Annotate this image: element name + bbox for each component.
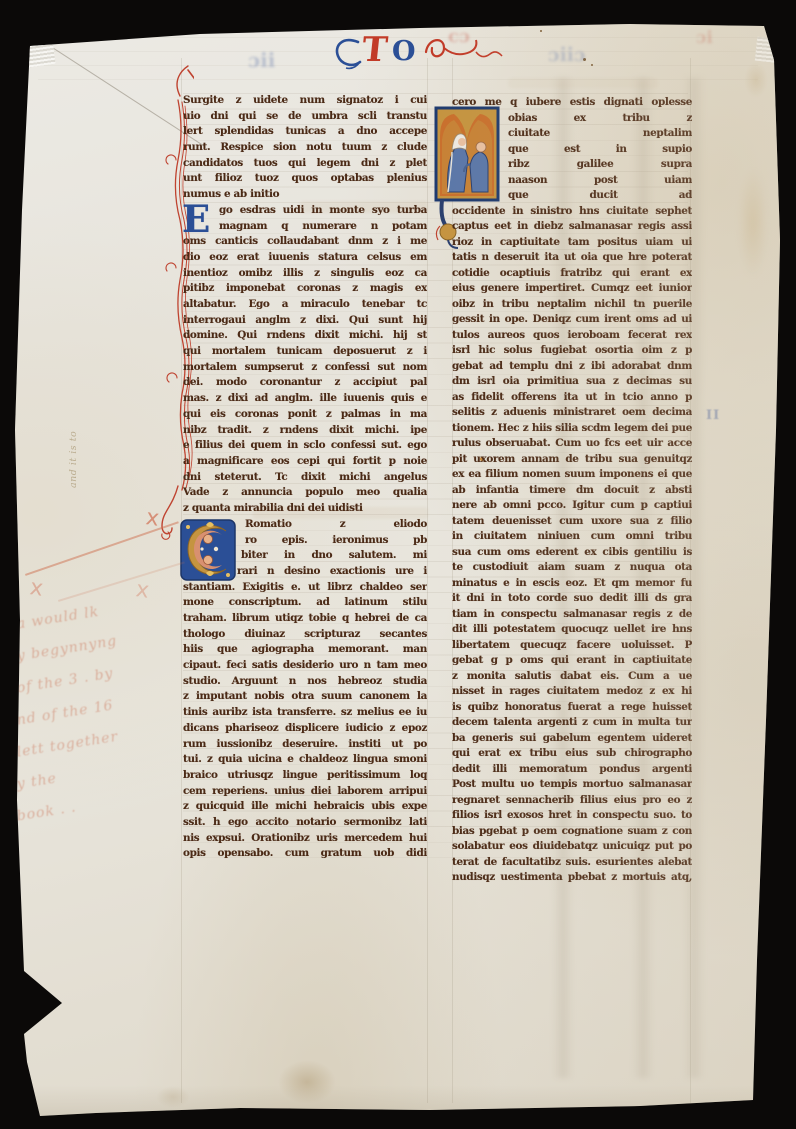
text-line: tinis auribz ista transferre. sz melius … <box>183 705 427 721</box>
text-line: dio eoz erat iuuenis statura celsus em <box>183 250 427 266</box>
text-line: interrogaui anglm z dixi. Qui sunt hij <box>183 313 427 329</box>
text-line: rulus obseruabat. Cum uo fcs eet uir acc… <box>452 436 692 452</box>
column-right-beside-initial: obias ex tribu zciuitate neptalimque est… <box>508 111 692 204</box>
text-line: solabatur eos diuidebatqz unicuiqz put p… <box>452 839 692 855</box>
text-line: nisset in rages ciuitatem medoz z ex hi <box>452 684 692 700</box>
text-line: regnaret sennacherib filius eius pro eo … <box>452 793 692 809</box>
text-line: gessit in ope. Deniqz cum irent oms ad u… <box>452 312 692 328</box>
offset-ghost-letters: cɔ <box>448 26 470 47</box>
text-line: gebat g p oms qui erant in captiuitate <box>452 653 692 669</box>
text-line: rioz in captiuitate tam positus uiam ui <box>452 235 692 251</box>
text-line: obias ex tribu z <box>508 111 692 127</box>
text-line: tiam in conspectu salmanasar regis z de <box>452 607 692 623</box>
text-line: que est in supio <box>508 142 692 158</box>
text-line: z monita salutis dabat eis. Cum a ue <box>452 669 692 685</box>
vertical-rule <box>427 58 428 1103</box>
vertical-marginal-note: and it is to <box>68 431 79 488</box>
text-line: rum iussionibz deseruire. institi ut po <box>183 737 427 753</box>
text-line: nibz tradit. z rndens dixit michi. ipe <box>183 423 427 439</box>
text-line: go esdras uidi in monte syo turba <box>183 203 427 219</box>
text-line: in ciuitatem niniuen cum omni tribu <box>452 529 692 545</box>
text-line: dei. modo coronantur z accipiut pal <box>183 375 427 391</box>
text-line: studio. Arguunt n nos hebreoz studia <box>183 674 427 690</box>
tape-mend <box>20 38 55 68</box>
text-line: nere ab omni pcco. Igitur cum p captiui <box>452 498 692 514</box>
text-line: ribz galilee supra <box>508 157 692 173</box>
text-line: libertatem quecuqz facere uoluisset. P <box>452 638 692 654</box>
text-line: dit illi potestatem quocuqz uellet ire h… <box>452 622 692 638</box>
text-line: braico utriusqz lingue peritissimum loq <box>183 768 427 784</box>
text-line: biter in dno salutem. mi <box>183 548 427 564</box>
text-line: magnam q numerare n potam <box>183 219 427 235</box>
text-line: uio dni qui se de umbra scli transtu <box>183 109 427 125</box>
text-line: ab infantia timere dm docuit z absti <box>452 483 692 499</box>
text-line: tionem. Hec z hiis silia scdm legem dei … <box>452 421 692 437</box>
running-title-letter-T: T <box>360 30 390 70</box>
vellum-leaf: T O ɔii cɔ ɔiiɔ ɔi <box>8 18 784 1118</box>
text-line: as fidelit offerens ita ut in tcio anno … <box>452 390 692 406</box>
text-line: mortalem sumpserut z confessi sut nom <box>183 360 427 376</box>
chapter-numeral-show-through: II <box>706 408 720 423</box>
text-line: traham. librum utiqz tobie q hebrei de c… <box>183 611 427 627</box>
text-line: qui eis coronas ponit z palmas in ma <box>183 407 427 423</box>
text-line: qui mortalem tunicam deposuerut z i <box>183 344 427 360</box>
text-line: mone conscriptum. ad latinum stilu <box>183 595 427 611</box>
text-line: a magnificare eos cepi qui fortit p noie <box>183 454 427 470</box>
offset-ghost-letters: ɔi <box>696 28 713 48</box>
photograph-of-manuscript-leaf: T O ɔii cɔ ɔiiɔ ɔi <box>0 0 796 1129</box>
text-line: decem talenta argenti z cum in multa tur <box>452 715 692 731</box>
text-line: cotidie ocaptiuis fratribz qui erant ex <box>452 266 692 282</box>
text-line: Surgite z uidete num signatoz i cui <box>183 93 427 109</box>
offset-ghost-letters: ɔiiɔ <box>548 44 586 66</box>
column-right-tobit-chapter1: occidente in sinistro hns ciuitate sephe… <box>452 204 692 886</box>
text-line: eius genere impertiret. Cumqz eet iunior <box>452 281 692 297</box>
text-line: mas. z dixi ad anglm. ille iuuenis quis … <box>183 391 427 407</box>
text-line: sua cum oms ederent ex cibis gentiliu is <box>452 545 692 561</box>
text-line: minatus e in escis eoz. Et qm memor fu <box>452 576 692 592</box>
text-line: nis expsui. Orationibz uris mercedem hui <box>183 831 427 847</box>
column-left-ego-esdras: go esdras uidi in monte syo turbamagnam … <box>183 203 427 517</box>
text-line: te custodiuit aiam suam z nuqua ota <box>452 560 692 576</box>
text-line: oms canticis collaudabant dnm z i me <box>183 234 427 250</box>
show-through-text <box>508 78 658 88</box>
text-line: bias pgebat p oem cognatione suam z con <box>452 824 692 840</box>
text-line: z imputant nobis otra suum canonem la <box>183 689 427 705</box>
text-line: z quicquid ille michi hebraicis ubis exp… <box>183 799 427 815</box>
text-line: altabatur. Ego a miraculo tenebar tc <box>183 297 427 313</box>
text-line: runt. Respice sion notu tuum z clude <box>183 140 427 156</box>
text-line: numus e ab initio <box>183 187 427 203</box>
text-line: e filius dei quem in sclo confessi sut. … <box>183 438 427 454</box>
text-line: pitibz imponebat coronas z magis ex <box>183 281 427 297</box>
ink-speck <box>591 64 593 66</box>
tape-mend <box>755 37 783 64</box>
text-line: it dni in toto corde suo dedit illi ds g… <box>452 591 692 607</box>
text-line: tatem deuenisset cum uxore sua z filio <box>452 514 692 530</box>
column-left-end-of-esdras: Surgite z uidete num signatoz i cuiuio d… <box>183 93 427 203</box>
text-line: Post multu uo tempis mortuo salmanasar r… <box>452 777 692 793</box>
text-line: selitis z aduenis ministraret oem decima <box>452 405 692 421</box>
text-line: tatis n deseruit ita ut oia que hre pote… <box>452 250 692 266</box>
text-line: candidatos tuos qui legem dni z plet <box>183 156 427 172</box>
text-line: hiis que agiographa memorant. man <box>183 642 427 658</box>
text-line: is quibz honoratus fuerat a rege huisset <box>452 700 692 716</box>
red-chalk-stroke <box>25 521 179 575</box>
text-line: thologo diuinaz scripturaz secantes <box>183 627 427 643</box>
text-line: cipaut. feci satis desiderio uro n tam m… <box>183 658 427 674</box>
text-line: z quanta mirabilia dni dei uidisti <box>183 501 427 517</box>
text-line: oibz in tribu neptalim nichil tn puerile <box>452 297 692 313</box>
stain <box>156 1086 190 1108</box>
column-left-jerome-prologue-tobit: Romatio z eliodoro epis. ieronimus pbbit… <box>183 517 427 862</box>
text-line: nudisqz uestimenta pbebat z mortuis atq, <box>452 870 692 886</box>
stain <box>278 1060 336 1104</box>
text-line: inentioz omibz illis z singulis eoz ca <box>183 266 427 282</box>
text-line: dni steterut. Tc dixit michi angelus <box>183 470 427 486</box>
text-line: terat de facultatibz suis. esurientes al… <box>452 855 692 871</box>
text-line: opis opensabo. cum gratum uob didi <box>183 846 427 862</box>
edge-stain <box>738 168 768 278</box>
text-line: captus eet in diebz salmanasar regis ass… <box>452 219 692 235</box>
running-title-letter-O: O <box>392 36 416 67</box>
blue-penwork-flourish <box>330 34 364 78</box>
text-line: naason post uiam <box>508 173 692 189</box>
text-line: dm isrl oia primitiua sua z decimas su <box>452 374 692 390</box>
text-line: lert splendidas tunicas a dno accepe <box>183 124 427 140</box>
text-line: stantiam. Exigitis e. ut librz chaldeo s… <box>183 580 427 596</box>
text-line: gebat ad templu dni z ibi adorabat dnm <box>452 359 692 375</box>
text-line: qui erat ex tribu eius sub chirographo <box>452 746 692 762</box>
text-line: ssit. h ego accito notario sermonibz lat… <box>183 815 427 831</box>
text-line: ro epis. ieronimus pb <box>183 533 427 549</box>
text-line: cem reperiens. unius diei laborem arripu… <box>183 784 427 800</box>
text-line: tulos aureos quos ieroboam fecerat rex <box>452 328 692 344</box>
text-line: unt filioz tuoz quos optabas plenius <box>183 171 427 187</box>
text-line: dicans phariseoz displicere iudicio z ep… <box>183 721 427 737</box>
text-line: occidente in sinistro hns ciuitate sephe… <box>452 204 692 220</box>
text-line: que ducit ad <box>508 188 692 204</box>
text-line: isrl hic solus fugiebat osortia oim z p <box>452 343 692 359</box>
text-line: rari n desino exactionis ure i <box>183 564 427 580</box>
text-line: domine. Qui rndens dixit michi. hij st <box>183 328 427 344</box>
offset-ghost-letters: ɔii <box>248 48 275 72</box>
text-line: pit uxorem annam de tribu sua genuitqz <box>452 452 692 468</box>
text-line: ba generis sui gabelum egentem uideret <box>452 731 692 747</box>
text-line: tui. z quia uicina e chaldeoz lingua smo… <box>183 752 427 768</box>
text-line: ex ea filium nomen suum imponens ei que <box>452 467 692 483</box>
text-line: dedit illi memoratum pondus argenti <box>452 762 692 778</box>
text-line: Romatio z eliodo <box>183 517 427 533</box>
red-chalk-inscription: a would lky begynnyngof the 3 . bynd of … <box>16 596 191 820</box>
text-line: Vade z annuncia populo meo qualia <box>183 485 427 501</box>
text-line: ciuitate neptalim <box>508 126 692 142</box>
text-line: filios isrl exosos hret in conspectu suo… <box>452 808 692 824</box>
ink-speck <box>540 30 542 32</box>
